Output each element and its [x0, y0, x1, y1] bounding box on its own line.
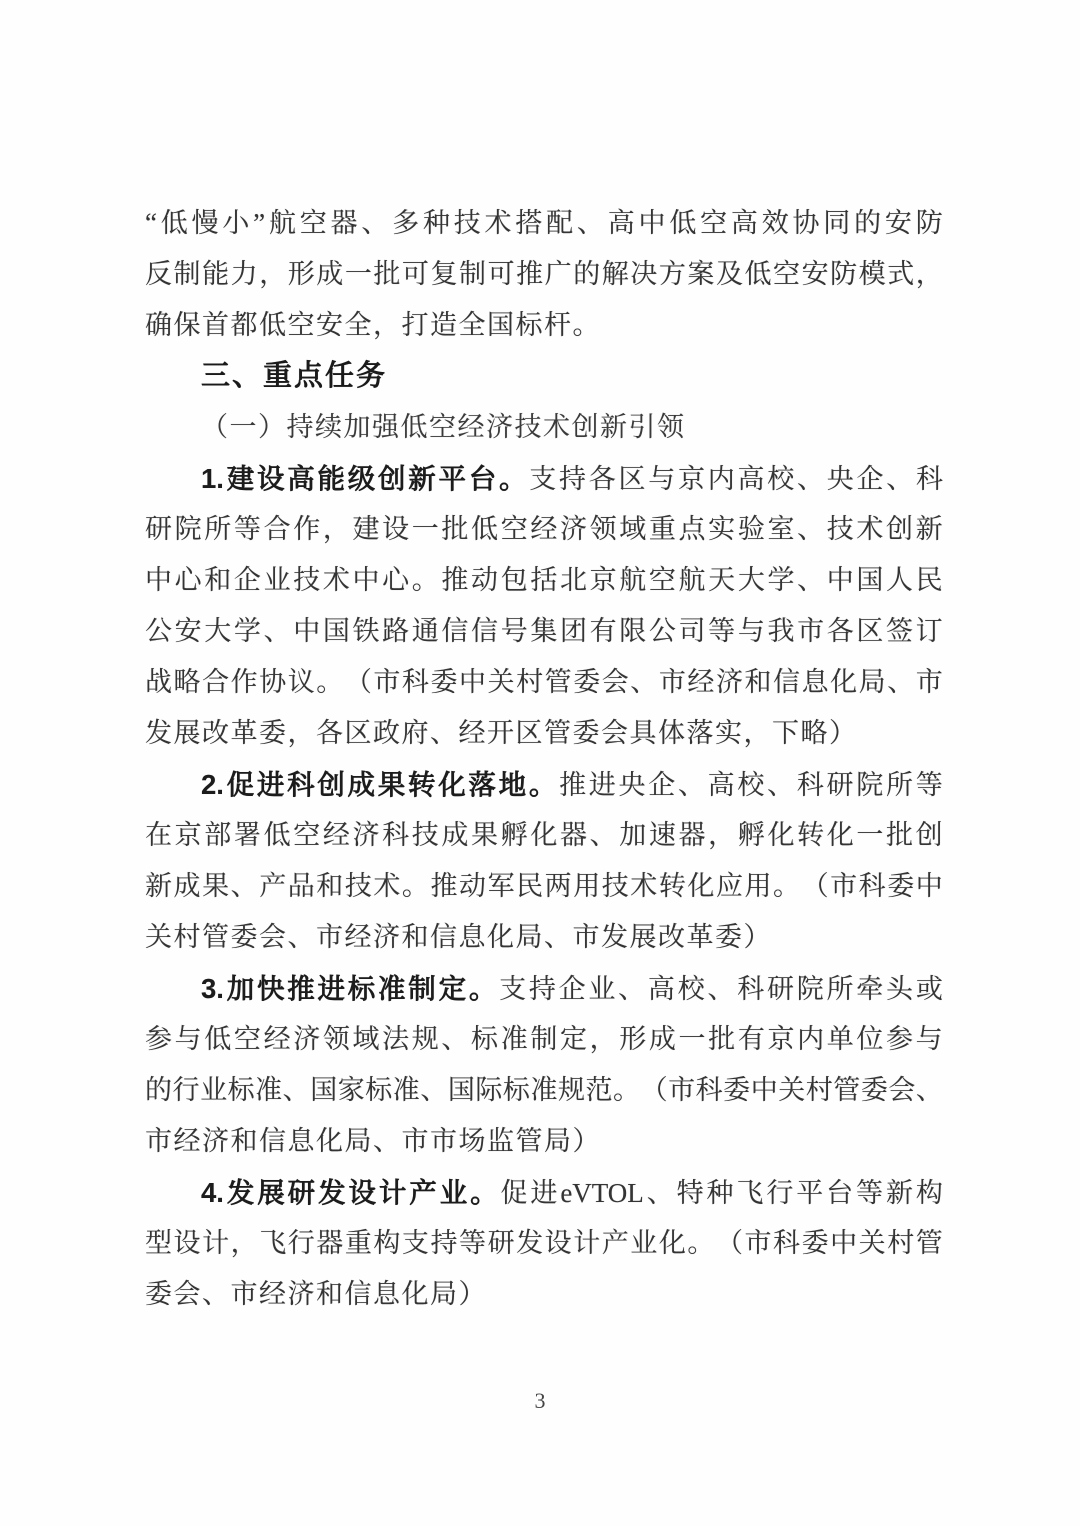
text-line: 发展改革委，各区政府、经开区管委会具体落实，下略） — [145, 705, 943, 756]
text-line: 反制能力，形成一批可复制可推广的解决方案及低空安防模式， — [145, 246, 943, 297]
text-line: （一）持续加强低空经济技术创新引领 — [145, 399, 943, 450]
text-line: “低慢小”航空器、多种技术搭配、高中低空高效协同的安防 — [145, 195, 943, 246]
document-text-block: “低慢小”航空器、多种技术搭配、高中低空高效协同的安防反制能力，形成一批可复制可… — [145, 195, 943, 1317]
text-line: 三、重点任务 — [145, 348, 943, 399]
text-line: 公安大学、中国铁路通信信号集团有限公司等与我市各区签订 — [145, 603, 943, 654]
text-line: 1.建设高能级创新平台。支持各区与京内高校、央企、科 — [145, 450, 943, 501]
text-line: 确保首都低空安全，打造全国标杆。 — [145, 297, 943, 348]
text-line: 型设计，飞行器重构支持等研发设计产业化。（市科委中关村管 — [145, 1215, 943, 1266]
text-line: 市经济和信息化局、市市场监管局） — [145, 1113, 943, 1164]
text-line: 战略合作协议。（市科委中关村管委会、市经济和信息化局、市 — [145, 654, 943, 705]
page-number: 3 — [0, 1388, 1080, 1414]
text-line: 关村管委会、市经济和信息化局、市发展改革委） — [145, 909, 943, 960]
text-line: 在京部署低空经济科技成果孵化器、加速器，孵化转化一批创 — [145, 807, 943, 858]
text-line: 新成果、产品和技术。推动军民两用技术转化应用。（市科委中 — [145, 858, 943, 909]
text-line: 委会、市经济和信息化局） — [145, 1266, 943, 1317]
text-line: 中心和企业技术中心。推动包括北京航空航天大学、中国人民 — [145, 552, 943, 603]
text-line: 的行业标准、国家标准、国际标准规范。（市科委中关村管委会、 — [145, 1062, 943, 1113]
text-line: 3.加快推进标准制定。支持企业、高校、科研院所牵头或 — [145, 960, 943, 1011]
document-page: “低慢小”航空器、多种技术搭配、高中低空高效协同的安防反制能力，形成一批可复制可… — [0, 0, 1080, 1526]
text-line: 4.发展研发设计产业。促进eVTOL、特种飞行平台等新构 — [145, 1164, 943, 1215]
text-line: 参与低空经济领域法规、标准制定，形成一批有京内单位参与 — [145, 1011, 943, 1062]
text-line: 研院所等合作，建设一批低空经济领域重点实验室、技术创新 — [145, 501, 943, 552]
text-line: 2.促进科创成果转化落地。推进央企、高校、科研院所等 — [145, 756, 943, 807]
